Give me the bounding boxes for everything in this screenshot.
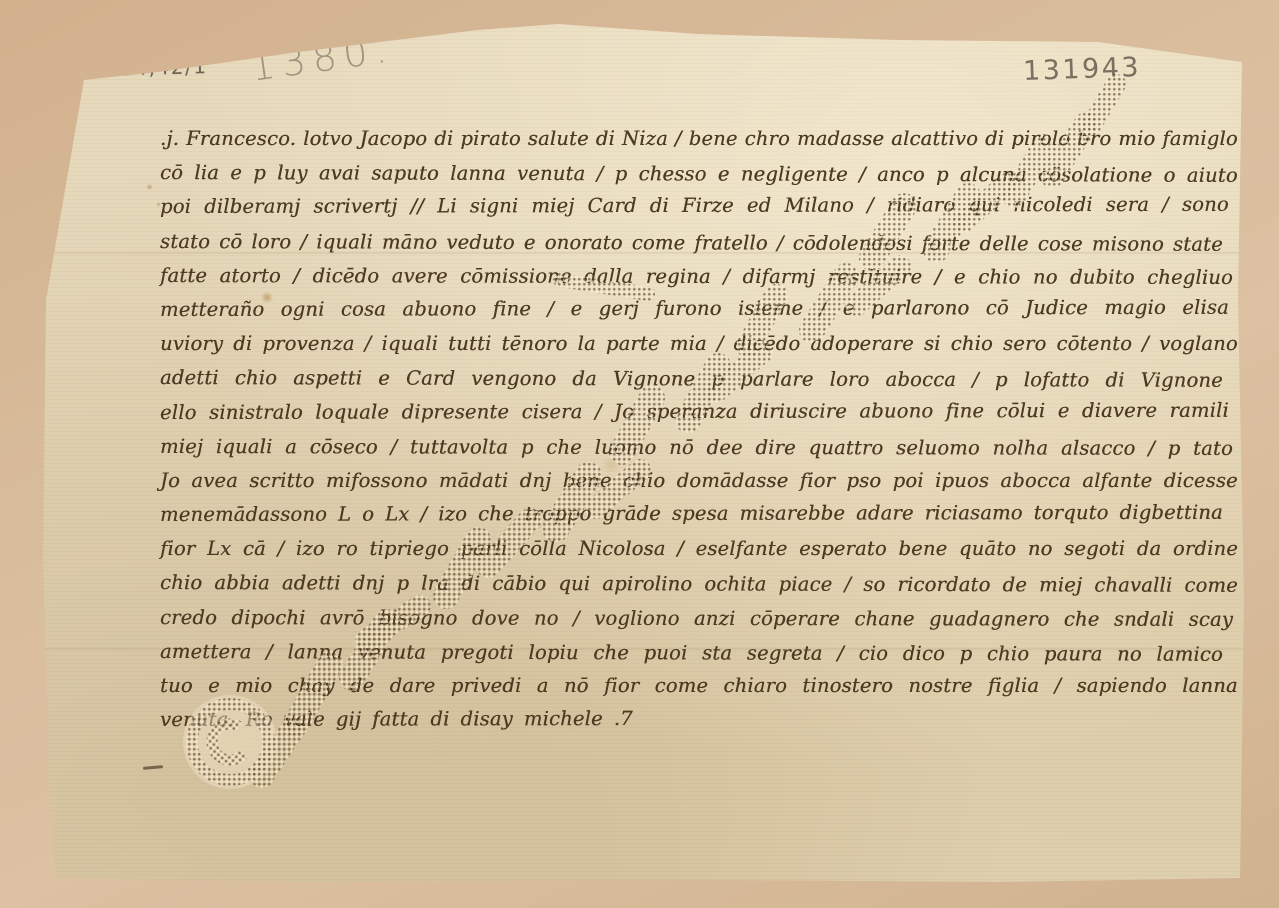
handwriting-word: adoperare xyxy=(810,327,913,361)
handwriting-word: L xyxy=(338,498,351,532)
handwriting-word: bene xyxy=(689,122,738,156)
handwriting-word: che xyxy=(1064,602,1100,636)
handwriting-word: venuta. xyxy=(160,703,235,737)
handwriting-word: misarebbe xyxy=(739,497,845,531)
handwriting-line: Joaveascrittomifossonomādatidnjbenechiod… xyxy=(160,464,1238,498)
handwriting-word: adetti xyxy=(282,567,341,601)
handwriting-word: come xyxy=(1184,569,1238,603)
handwriting-word: Lx xyxy=(385,498,409,532)
handwriting-word: diavere xyxy=(1082,393,1157,427)
handwriting-word: adare xyxy=(856,496,914,530)
handwriting-word: sta xyxy=(702,636,732,670)
handwriting-word: state xyxy=(1173,227,1223,261)
handwriting-word: anzi xyxy=(694,602,736,636)
handwriting-word: piace xyxy=(778,568,832,602)
handwriting-word: abocca xyxy=(1000,464,1071,498)
handwriting-word: o xyxy=(362,498,374,532)
handwriting-word: e xyxy=(230,156,242,190)
handwriting-word: famiglo xyxy=(1162,122,1237,156)
handwriting-word: chiaro xyxy=(723,669,787,703)
handwriting-word: lia xyxy=(194,156,219,190)
handwriting-word: lanna xyxy=(1182,669,1238,703)
handwriting-line: credodipochiavrōbisognodoveno/voglionoan… xyxy=(160,601,1238,637)
handwriting-word: ochita xyxy=(704,568,766,602)
handwriting-word: ramili xyxy=(1169,393,1228,427)
handwriting-word: / xyxy=(777,226,784,260)
handwriting-word: Jo xyxy=(614,395,634,429)
handwriting-word: pregoti xyxy=(441,636,514,670)
handwriting-word: Jo xyxy=(160,464,180,498)
handwriting-word: bene xyxy=(898,532,947,566)
ink-mark xyxy=(143,765,163,770)
handwriting-word: sero xyxy=(1003,327,1046,361)
handwriting-word: restituire xyxy=(828,260,922,294)
handwriting-line: adettichioaspettieCardvengonodaVignonepp… xyxy=(160,361,1238,398)
handwriting-word: Li xyxy=(437,190,457,224)
handwriting-word: sinistralo xyxy=(209,395,303,429)
handwriting-word: seluomo xyxy=(896,431,980,465)
handwriting-word: da xyxy=(572,362,597,396)
handwriting-word: p xyxy=(936,158,949,192)
handwriting-word: mio xyxy=(235,669,272,703)
handwriting-word: saputo xyxy=(371,157,439,191)
handwriting-word: forte xyxy=(922,227,971,261)
handwriting-word: cō xyxy=(986,291,1009,325)
handwriting-word: nolha xyxy=(992,431,1048,465)
handwriting-word: tuo xyxy=(160,669,193,703)
handwriting-word: venuta xyxy=(358,635,426,669)
handwriting-word: chio xyxy=(623,464,665,498)
handwriting-word: sndali xyxy=(1114,602,1174,636)
handwriting-word: parte xyxy=(606,327,660,361)
handwriting-word: abocca xyxy=(885,363,956,397)
handwriting-word: .7 xyxy=(614,702,633,736)
handwriting-word: difarmj xyxy=(742,260,815,294)
handwriting-word: scritto xyxy=(249,464,314,498)
handwriting-word: p xyxy=(960,637,973,671)
handwriting-word: tato xyxy=(1193,431,1233,465)
handwriting-word: tutti xyxy=(448,327,491,361)
handwriting-word: segreta xyxy=(747,636,823,670)
handwriting-line: metterañoognicosaabuonofine/egerjfuronoi… xyxy=(160,291,1238,327)
handwriting-word: chay xyxy=(288,669,335,703)
handwriting-word: paura xyxy=(1044,637,1103,671)
handwriting-word: ello xyxy=(160,395,197,429)
handwriting-word: Niza xyxy=(622,122,668,156)
handwriting-word: poi xyxy=(893,464,924,498)
handwriting-word: abbia xyxy=(214,567,270,601)
handwriting-word: gerj xyxy=(599,292,639,326)
handwriting-word: p xyxy=(253,156,266,190)
handwriting-word: no xyxy=(1117,637,1142,671)
handwriting-word: isieme xyxy=(738,292,803,326)
handwriting-word: ogni xyxy=(281,293,325,327)
handwriting-word: ed xyxy=(747,189,772,223)
handwriting-word: Card xyxy=(406,362,455,396)
handwriting-word: mia xyxy=(670,327,707,361)
archive-reference-annotation: AD.184,42/1 xyxy=(66,54,208,82)
handwriting-word: dee xyxy=(707,431,743,465)
handwriting-word: chro xyxy=(745,122,790,156)
handwriting-word: esperato xyxy=(799,532,887,566)
handwriting-word: / xyxy=(1142,327,1149,361)
handwriting-word: mādati xyxy=(439,464,509,498)
handwriting-word: / xyxy=(675,122,682,156)
handwriting-word: veduto xyxy=(446,225,514,259)
handwriting-word: Francesco. xyxy=(186,122,296,156)
handwriting-word: furono xyxy=(655,292,721,326)
handwriting-word: di xyxy=(233,327,252,361)
handwriting-word: p xyxy=(995,363,1008,397)
handwriting-word: qui xyxy=(558,567,590,601)
handwriting-word: de xyxy=(350,669,374,703)
handwriting-word: dicēdo xyxy=(313,259,380,293)
handwriting-word: eselfante xyxy=(696,532,788,566)
handwriting-word: de xyxy=(1002,569,1027,603)
handwriting-word: Jacopo xyxy=(360,122,428,156)
handwriting-word: ordine xyxy=(1173,532,1238,566)
handwriting-word: tipriego xyxy=(369,532,448,566)
handwriting-word: / xyxy=(723,260,730,294)
handwriting-word: Firze xyxy=(682,189,734,223)
handwriting-word: domādasse xyxy=(677,464,789,498)
handwriting-word: tēnoro xyxy=(502,327,568,361)
handwriting-word: / xyxy=(420,498,427,532)
handwriting-word: adetti xyxy=(160,361,219,395)
handwriting-word: no xyxy=(534,601,559,635)
handwriting-word: Vignone xyxy=(613,362,695,396)
handwriting-word: iquali xyxy=(381,327,438,361)
handwriting-word: regina xyxy=(646,260,711,294)
handwriting-word: p xyxy=(1168,431,1181,465)
handwriting-word: quāto xyxy=(959,532,1016,566)
handwriting-line: statocōloro/iqualimānovedutoeonoratocome… xyxy=(160,225,1238,262)
handwriting-word: / xyxy=(935,260,942,294)
handwriting-word: / xyxy=(972,363,979,397)
handwriting-word: di xyxy=(985,122,1004,156)
handwriting-word: māno xyxy=(382,225,437,259)
handwriting-word: menemādassono xyxy=(160,498,327,533)
handwriting-word: lofatto xyxy=(1024,364,1090,398)
handwriting-word: chio xyxy=(987,637,1029,671)
handwriting-word: michele xyxy=(524,702,603,736)
handwriting-line: amettera/lannavenutapregotilopiuchepuois… xyxy=(160,635,1238,672)
handwriting-word: / xyxy=(820,292,827,326)
handwriting-word: p xyxy=(711,363,724,397)
handwriting-word: dnj xyxy=(353,567,385,601)
handwriting-word: sono xyxy=(1182,188,1229,222)
handwriting-word: pirato xyxy=(460,122,520,156)
handwriting-word: pirolo xyxy=(1011,122,1070,156)
handwriting-word: sapiendo xyxy=(1077,669,1167,703)
handwriting-word: chio xyxy=(951,327,993,361)
handwriting-word: dnj xyxy=(520,464,552,498)
handwriting-word: so xyxy=(863,568,885,602)
handwriting-line: poidilberamjscrivertj//LisignimiejCarddi… xyxy=(160,188,1238,224)
handwriting-line: menemādassonoLoLx/izochetroppogrādespesa… xyxy=(160,496,1238,532)
handwriting-word: a xyxy=(537,669,549,703)
handwriting-word: miej xyxy=(531,190,574,224)
handwriting-word: di xyxy=(1105,364,1124,398)
handwriting-word: guadagnero xyxy=(929,602,1049,636)
handwriting-word: scrivertj xyxy=(313,190,397,224)
handwriting-word: e xyxy=(378,362,390,396)
handwriting-word: di xyxy=(650,189,669,223)
handwriting-word: negligente xyxy=(741,158,848,192)
handwriting-word: di xyxy=(434,122,453,156)
handwriting-word: p xyxy=(615,157,628,191)
handwriting-word: disay xyxy=(460,702,512,736)
handwriting-word: // xyxy=(410,190,424,224)
handwriting-word: ricordato xyxy=(897,568,990,602)
handwriting-word: / xyxy=(837,637,844,671)
handwriting-word: / xyxy=(1148,431,1155,465)
handwriting-word: / xyxy=(677,532,684,566)
handwriting-word: no xyxy=(1033,260,1058,294)
handwriting-word: che xyxy=(593,636,629,670)
handwriting-word: cōmissione xyxy=(460,259,572,293)
handwriting-word: grāde xyxy=(602,497,661,531)
handwriting-word: metteraño xyxy=(160,293,264,327)
handwriting-word: diriuscire xyxy=(750,394,847,428)
handwriting-word: parli xyxy=(461,532,508,566)
manuscript-scan-page: { "annotations": { "archive_ref": "AD.18… xyxy=(0,0,1279,908)
handwriting-word: vengono xyxy=(471,362,556,396)
handwriting-word: fior xyxy=(160,532,195,566)
handwriting-word: voglano xyxy=(1159,327,1238,361)
handwriting-word: Lx xyxy=(207,532,231,566)
handwriting-word: bisogno xyxy=(379,601,458,635)
handwriting-word: salute xyxy=(528,122,589,156)
handwriting-word: avrō xyxy=(320,601,365,635)
handwriting-word: fine xyxy=(493,292,531,326)
handwriting-word: privedi xyxy=(451,669,522,703)
handwriting-word: p xyxy=(521,430,534,464)
handwriting-word: / xyxy=(595,395,602,429)
handwriting-word: luy xyxy=(277,156,308,190)
handwriting-word: / xyxy=(365,327,372,361)
handwriting-word: dare xyxy=(390,669,436,703)
handwriting-word: ridiaro xyxy=(887,189,955,223)
handwriting-word: madasse xyxy=(797,122,884,156)
handwriting-word: Card xyxy=(587,189,636,223)
handwriting-word: troppo xyxy=(525,497,592,531)
handwriting-line: chioabbiaadettidnjplradicābioquiapirolin… xyxy=(160,566,1238,603)
handwriting-line: fatteatorto/dicēdoaverecōmissionedallare… xyxy=(160,259,1238,295)
handwriting-word: bene xyxy=(563,464,612,498)
handwriting-word: digbettina xyxy=(1120,496,1223,530)
handwriting-line: uviorydiprovenza/iqualituttitēnorolapart… xyxy=(160,327,1238,361)
handwriting-word: onorato xyxy=(545,226,623,260)
handwriting-word: bro xyxy=(1077,122,1111,156)
handwriting-word: abuono xyxy=(859,394,933,428)
catalog-number-annotation: 131943 xyxy=(1022,52,1141,87)
handwriting-word: no xyxy=(1028,532,1053,566)
handwriting-word: come xyxy=(655,669,709,703)
handwriting-word: alfante xyxy=(1082,464,1152,498)
handwriting-word: cō xyxy=(219,225,242,259)
handwriting-word: chio xyxy=(160,566,202,600)
handwriting-word: puoi xyxy=(644,636,688,670)
handwriting-word: miej xyxy=(1039,569,1082,603)
handwriting-word: lanna xyxy=(287,635,343,669)
manuscript-paper: AD.184,42/1 1380. 131943 .j.Francesco.lo… xyxy=(38,18,1248,884)
handwriting-word: stato xyxy=(160,225,210,259)
handwriting-word: magio xyxy=(1104,291,1166,325)
handwriting-word: delle xyxy=(980,227,1029,261)
handwriting-word: di xyxy=(461,567,480,601)
handwriting-word: dicēdo xyxy=(734,327,801,361)
paper-stain xyxy=(146,184,153,190)
handwriting-word: poi xyxy=(160,190,191,224)
handwriting-word: dalla xyxy=(584,259,633,293)
handwriting-word: ipuos xyxy=(935,464,989,498)
handwriting-word: cose xyxy=(1038,227,1083,261)
date-annotation: 1380. xyxy=(248,26,397,90)
handwriting-word: cōlla xyxy=(519,532,567,566)
handwriting-word: e xyxy=(843,291,855,325)
handwriting-word: / xyxy=(597,157,604,191)
handwriting-word: lanna xyxy=(450,157,506,191)
handwriting-word: / xyxy=(1162,188,1169,222)
handwriting-word: avea xyxy=(191,464,238,498)
handwriting-word: anco xyxy=(877,158,925,192)
handwriting-word: spesa xyxy=(672,497,729,531)
handwriting-word: alcattivo xyxy=(891,122,978,156)
handwriting-word: tuttavolta xyxy=(410,430,508,464)
handwriting-word: chesso xyxy=(639,157,707,191)
handwriting-word: .j. xyxy=(160,122,179,156)
handwriting-word: misono xyxy=(1092,227,1164,261)
handwriting-word: / xyxy=(390,430,397,464)
handwriting-word: di xyxy=(596,122,615,156)
handwriting-word: da xyxy=(1137,532,1162,566)
handwriting-word: dicesse xyxy=(1164,464,1238,498)
handwriting-word: loro xyxy=(830,363,870,397)
handwriting-word: la xyxy=(578,327,596,361)
handwriting-word: / xyxy=(867,189,874,223)
handwriting-word: dico xyxy=(903,637,945,671)
handwriting-word: cō xyxy=(160,156,183,190)
handwriting-word: lotvo xyxy=(303,122,353,156)
handwriting-word: miej xyxy=(160,430,203,464)
handwriting-word: lra xyxy=(421,567,449,601)
handwriting-word: fior xyxy=(604,669,639,703)
handwriting-word: cābio xyxy=(492,567,546,601)
handwriting-word: vogliono xyxy=(594,601,679,635)
handwriting-word: e xyxy=(570,292,582,326)
handwriting-word: provenza xyxy=(262,327,354,361)
handwriting-word: ro xyxy=(336,532,357,566)
handwriting-word: che xyxy=(478,497,514,531)
handwriting-word: Milano xyxy=(784,189,854,223)
handwriting-word: chane xyxy=(854,602,914,636)
handwriting-word: dipresente xyxy=(402,395,510,429)
handwriting-word: cā xyxy=(243,532,266,566)
handwriting-word: e xyxy=(208,669,220,703)
handwriting-word: signi xyxy=(470,190,519,224)
handwriting-word: cōtento xyxy=(1057,327,1133,361)
handwriting-word: fatta xyxy=(372,703,419,737)
handwriting-word: e xyxy=(524,226,536,260)
handwriting-word: vale xyxy=(284,703,325,737)
handwriting-word: dove xyxy=(472,601,520,635)
handwriting-word: torquto xyxy=(1034,496,1109,530)
handwriting-line: venuta.Rovalegijfattadidisaymichele.7 xyxy=(160,702,764,737)
handwriting-word: uviory xyxy=(160,327,223,361)
handwriting-word: / xyxy=(573,601,580,635)
handwriting-word: lopiu xyxy=(528,636,578,670)
handwriting-word: / xyxy=(266,635,273,669)
handwriting-word: come xyxy=(632,226,686,260)
handwriting-word: venuta xyxy=(517,157,585,191)
handwriting-word: mio xyxy=(1118,122,1155,156)
handwriting-word: avere xyxy=(392,259,448,293)
handwriting-word: / xyxy=(859,158,866,192)
handwriting-word: izo xyxy=(438,497,467,531)
handwriting-word: si xyxy=(924,327,941,361)
handwriting-word: di xyxy=(430,703,449,737)
handwriting-word: figlia xyxy=(988,669,1039,703)
handwriting-word: Ro xyxy=(246,703,273,737)
handwriting-word: / xyxy=(293,259,300,293)
handwriting-word: loro xyxy=(251,225,291,259)
handwriting-word: tinostero xyxy=(802,669,893,703)
handwriting-word: e xyxy=(954,260,966,294)
handwriting-word: chegliuo xyxy=(1147,260,1233,294)
handwriting-word: segoti xyxy=(1064,532,1125,566)
handwriting-word: iquali xyxy=(216,430,273,464)
handwriting-word: avai xyxy=(319,157,360,191)
handwriting-word: Judice xyxy=(1025,291,1088,325)
handwriting-word: cio xyxy=(859,637,889,671)
handwriting-word: loquale xyxy=(315,395,389,429)
handwriting-line: .j.Francesco.lotvoJacopodipiratosalutedi… xyxy=(160,122,1238,156)
handwriting-line: tuoemiochaydedareprivedianōfiorcomechiar… xyxy=(160,669,1238,703)
handwriting-word: parlare xyxy=(740,363,814,397)
handwriting-word: pso xyxy=(846,464,881,498)
handwriting-word: nō xyxy=(669,431,694,465)
handwriting-word: alsacco xyxy=(1061,431,1136,465)
handwriting-word: / xyxy=(844,568,851,602)
handwriting-word: scay xyxy=(1189,602,1233,636)
handwriting-word: quattro xyxy=(809,431,884,465)
handwriting-word: gij xyxy=(336,703,361,737)
handwriting-word: cōseco xyxy=(310,430,378,464)
handwriting-word: / xyxy=(1054,669,1061,703)
handwriting-word: fatte xyxy=(160,259,207,293)
handwriting-word: cōperare xyxy=(750,602,840,636)
handwriting-word: cōlui xyxy=(996,394,1045,428)
handwriting-word: parlarono xyxy=(871,291,970,325)
handwriting-word: e xyxy=(718,158,730,192)
handwriting-line: miejiqualiacōseco/tuttavoltapcheluomonōd… xyxy=(160,430,1238,466)
handwriting-word: cisera xyxy=(522,395,583,429)
handwriting-word: cōdolendosi xyxy=(793,226,913,261)
handwriting-word: fine xyxy=(946,394,984,428)
handwriting-word: nō xyxy=(564,669,589,703)
handwriting-word: atorto xyxy=(220,259,281,293)
handwriting-word: iquali xyxy=(316,225,373,259)
handwriting-word: / xyxy=(277,532,284,566)
handwriting-word: / xyxy=(300,225,307,259)
handwriting-line: ellosinistraloloqualedipresentecisera/Jo… xyxy=(160,393,1238,429)
handwriting-word: izo xyxy=(296,532,325,566)
handwriting-word: a xyxy=(285,430,297,464)
handwriting-word: dire xyxy=(755,431,795,465)
handwriting-word: / xyxy=(717,327,724,361)
handwriting-word: / xyxy=(547,292,554,326)
